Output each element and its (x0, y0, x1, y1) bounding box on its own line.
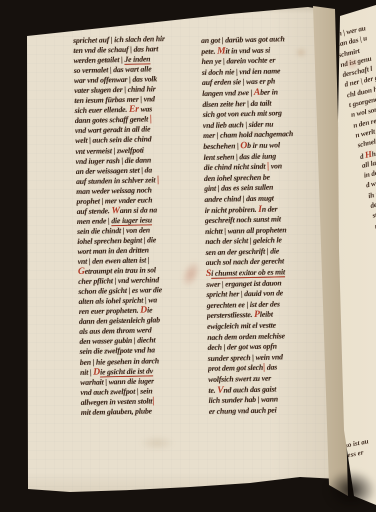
rubric-red-text: Er (129, 104, 139, 115)
gutter-shadow (326, 470, 376, 510)
rubric-red-text: | (152, 395, 154, 406)
pink-stain (345, 58, 359, 69)
small-stain (250, 128, 262, 136)
rubric-red-text: G (78, 266, 85, 277)
text-column-left: sprichet auf | ich slach den hirten vnd … (73, 33, 208, 417)
rubric-red-text: V (217, 384, 223, 395)
brown-stain (295, 48, 307, 57)
rubric-red-text: I (258, 203, 262, 214)
rubric-red-text: O (240, 140, 247, 151)
manuscript-photo: sprichet auf | ich slach den hirten vnd … (0, 0, 376, 512)
rubric-red-text: | (263, 362, 265, 373)
rubric-red-text: P (254, 309, 260, 320)
red-underlined-text: die iuger iesu (111, 215, 152, 225)
rubric-red-text: | (157, 174, 159, 185)
faint-stain (140, 436, 174, 450)
red-underlined-text: Je inden (124, 54, 150, 64)
rubric-red-text: D (140, 305, 147, 316)
rubric-red-text: A (254, 87, 260, 98)
rubric-red-text: W (111, 205, 120, 216)
red-underlined-text: ie gsicht die ist dv (100, 366, 153, 376)
red-underlined-text: i chumst exitor ob es mit (211, 267, 285, 278)
rubric-red-text: M (217, 45, 226, 56)
rubric-red-text: | (150, 114, 152, 125)
rubric-red-text: | (267, 161, 269, 172)
